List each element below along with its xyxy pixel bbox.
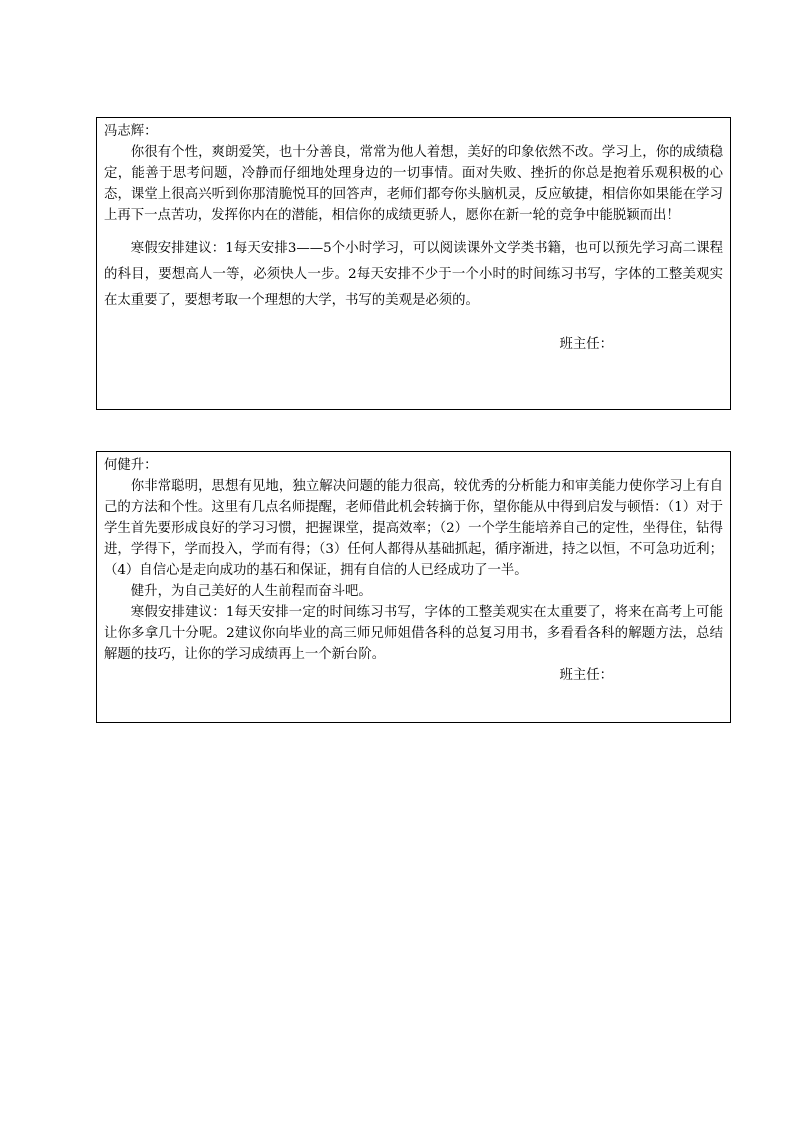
student-name: 冯志辉： <box>104 121 723 142</box>
student-name: 何健升： <box>104 455 723 476</box>
teacher-signature: 班主任： <box>104 334 723 355</box>
holiday-advice: 寒假安排建议：1每天安排一定的时间练习书写，字体的工整美观实在太重要了，将来在高… <box>104 602 723 665</box>
holiday-advice: 寒假安排建议：1每天安排3——5个小时学习，可以阅读课外文学类书籍，也可以预先学… <box>104 236 723 314</box>
comment-paragraph: 你很有个性，爽朗爱笑，也十分善良，常常为他人着想，美好的印象依然不改。学习上，你… <box>104 142 723 226</box>
comment-paragraph: 健升，为自己美好的人生前程而奋斗吧。 <box>104 581 723 602</box>
comment-box-he-jiansheng: 何健升： 你非常聪明，思想有见地，独立解决问题的能力很高，较优秀的分析能力和审美… <box>96 451 731 723</box>
comment-paragraph: 你非常聪明，思想有见地，独立解决问题的能力很高，较优秀的分析能力和审美能力使你学… <box>104 476 723 581</box>
teacher-signature: 班主任： <box>104 665 723 686</box>
comment-box-feng-zhihui: 冯志辉： 你很有个性，爽朗爱笑，也十分善良，常常为他人着想，美好的印象依然不改。… <box>96 117 731 410</box>
